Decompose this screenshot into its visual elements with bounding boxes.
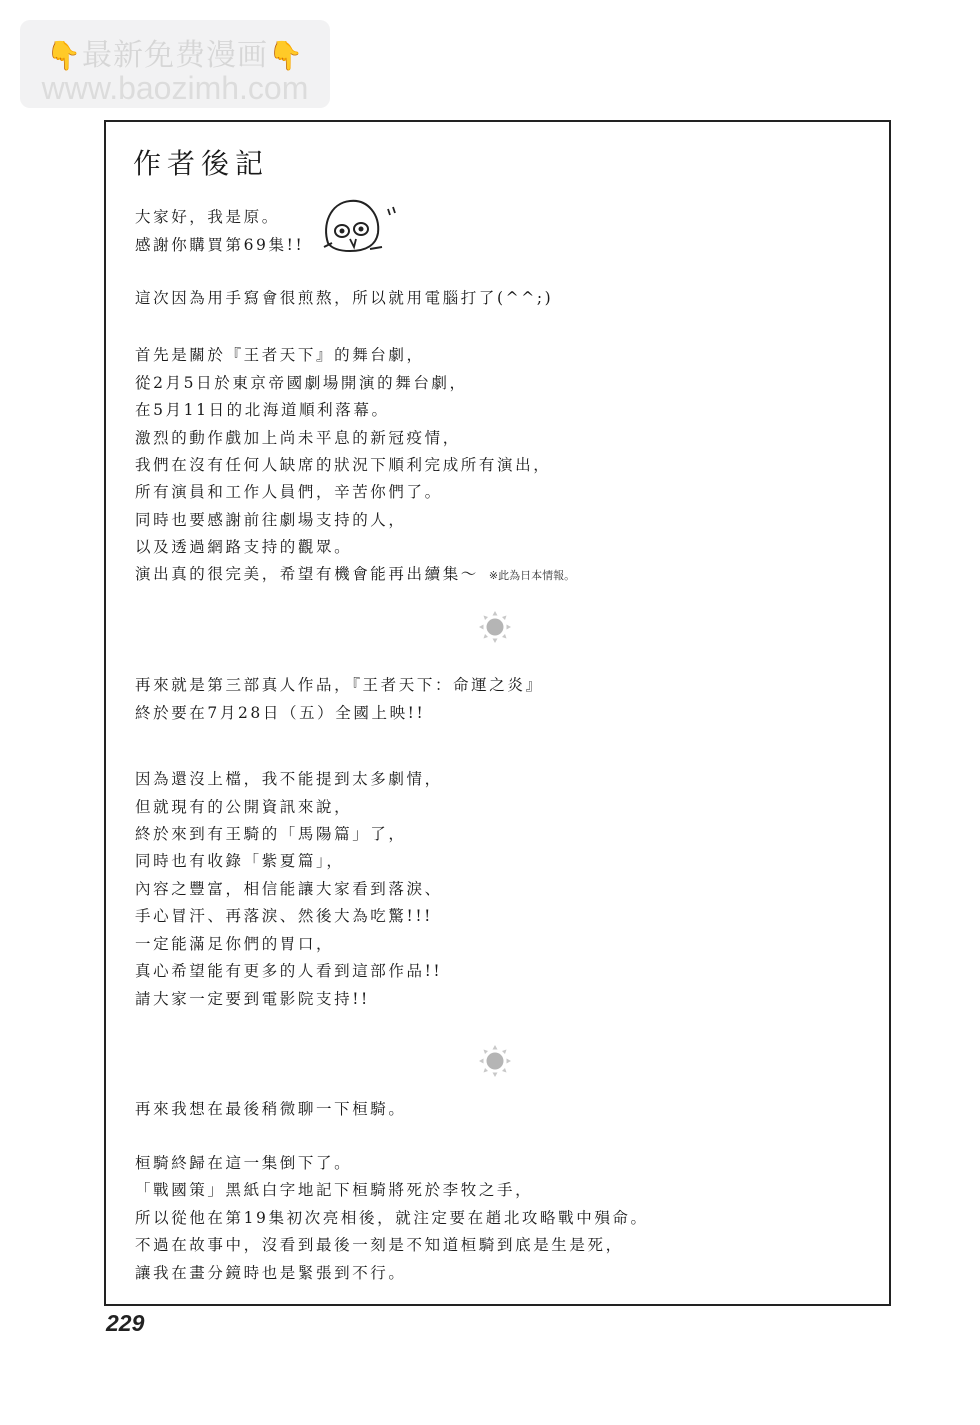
- text-line: 在5月11日的北海道順利落幕。: [135, 398, 390, 420]
- text-line: 同時也要感謝前往劇場支持的人，: [135, 508, 407, 530]
- text-line: 大家好，我是原。: [135, 205, 280, 227]
- text-line: 同時也有收錄「紫夏篇」，: [135, 849, 344, 871]
- watermark-banner: 👇最新免费漫画👇 www.baozimh.com: [20, 20, 330, 108]
- text-line: 手心冒汗、再落淚、然後大為吃驚!!!: [135, 904, 433, 926]
- text-line: 激烈的動作戲加上尚未平息的新冠疫情，: [135, 426, 461, 448]
- text-line: 所有演員和工作人員們，辛苦你們了。: [135, 480, 443, 502]
- text-line: 我們在沒有任何人缺席的狀況下順利完成所有演出，: [135, 453, 551, 475]
- text-line: 但就現有的公開資訊來說，: [135, 795, 352, 817]
- text-line: 一定能滿足你們的胃口，: [135, 932, 334, 954]
- text-line: 讓我在畫分鏡時也是緊張到不行。: [135, 1261, 407, 1283]
- text-line: 以及透過網路支持的觀眾。: [135, 535, 352, 557]
- watermark-url: www.baozimh.com: [20, 70, 330, 107]
- text-line: 內容之豐富，相信能讓大家看到落淚、: [135, 877, 443, 899]
- text-line: 請大家一定要到電影院支持!!: [135, 987, 370, 1009]
- owl-doodle-icon: [320, 195, 400, 255]
- text-line: 因為還沒上檔，我不能提到太多劇情，: [135, 767, 443, 789]
- pointing-down-hand-icon: 👇: [46, 39, 82, 72]
- text-line: 桓騎終歸在這一集倒下了。: [135, 1151, 352, 1173]
- sun-divider-icon: [478, 1044, 512, 1078]
- text-line: 演出真的很完美，希望有機會能再出續集～※此為日本情報。: [135, 562, 575, 584]
- text-line: 所以從他在第19集初次亮相後，就注定要在趙北攻略戰中殞命。: [135, 1206, 649, 1228]
- text-line: 這次因為用手寫會很煎熬，所以就用電腦打了(^^;): [135, 286, 553, 308]
- footnote: ※此為日本情報。: [489, 569, 575, 582]
- text-line: 真心希望能有更多的人看到這部作品!!: [135, 959, 442, 981]
- pointing-down-hand-icon: 👇: [268, 39, 304, 72]
- text-line: 不過在故事中，沒看到最後一刻是不知道桓騎到底是生是死，: [135, 1233, 624, 1255]
- text-line: 再來就是第三部真人作品，『王者天下：命運之炎』: [135, 673, 544, 695]
- text-line: 「戰國策」黑紙白字地記下桓騎將死於李牧之手，: [135, 1178, 533, 1200]
- text-line: 從2月5日於東京帝國劇場開演的舞台劇，: [135, 371, 468, 393]
- watermark-text: 最新免费漫画: [82, 38, 268, 73]
- page-number: 229: [106, 1310, 144, 1337]
- page-title: 作者後記: [133, 142, 269, 182]
- text-line: 終於要在7月28日（五）全國上映!!: [135, 701, 425, 723]
- text-line: 終於來到有王騎的「馬陽篇」了，: [135, 822, 407, 844]
- text-line: 首先是關於『王者天下』的舞台劇，: [135, 343, 425, 365]
- text-line: 感謝你購買第69集!!: [135, 233, 304, 255]
- sun-divider-icon: [478, 610, 512, 644]
- text-line: 再來我想在最後稍微聊一下桓騎。: [135, 1097, 407, 1119]
